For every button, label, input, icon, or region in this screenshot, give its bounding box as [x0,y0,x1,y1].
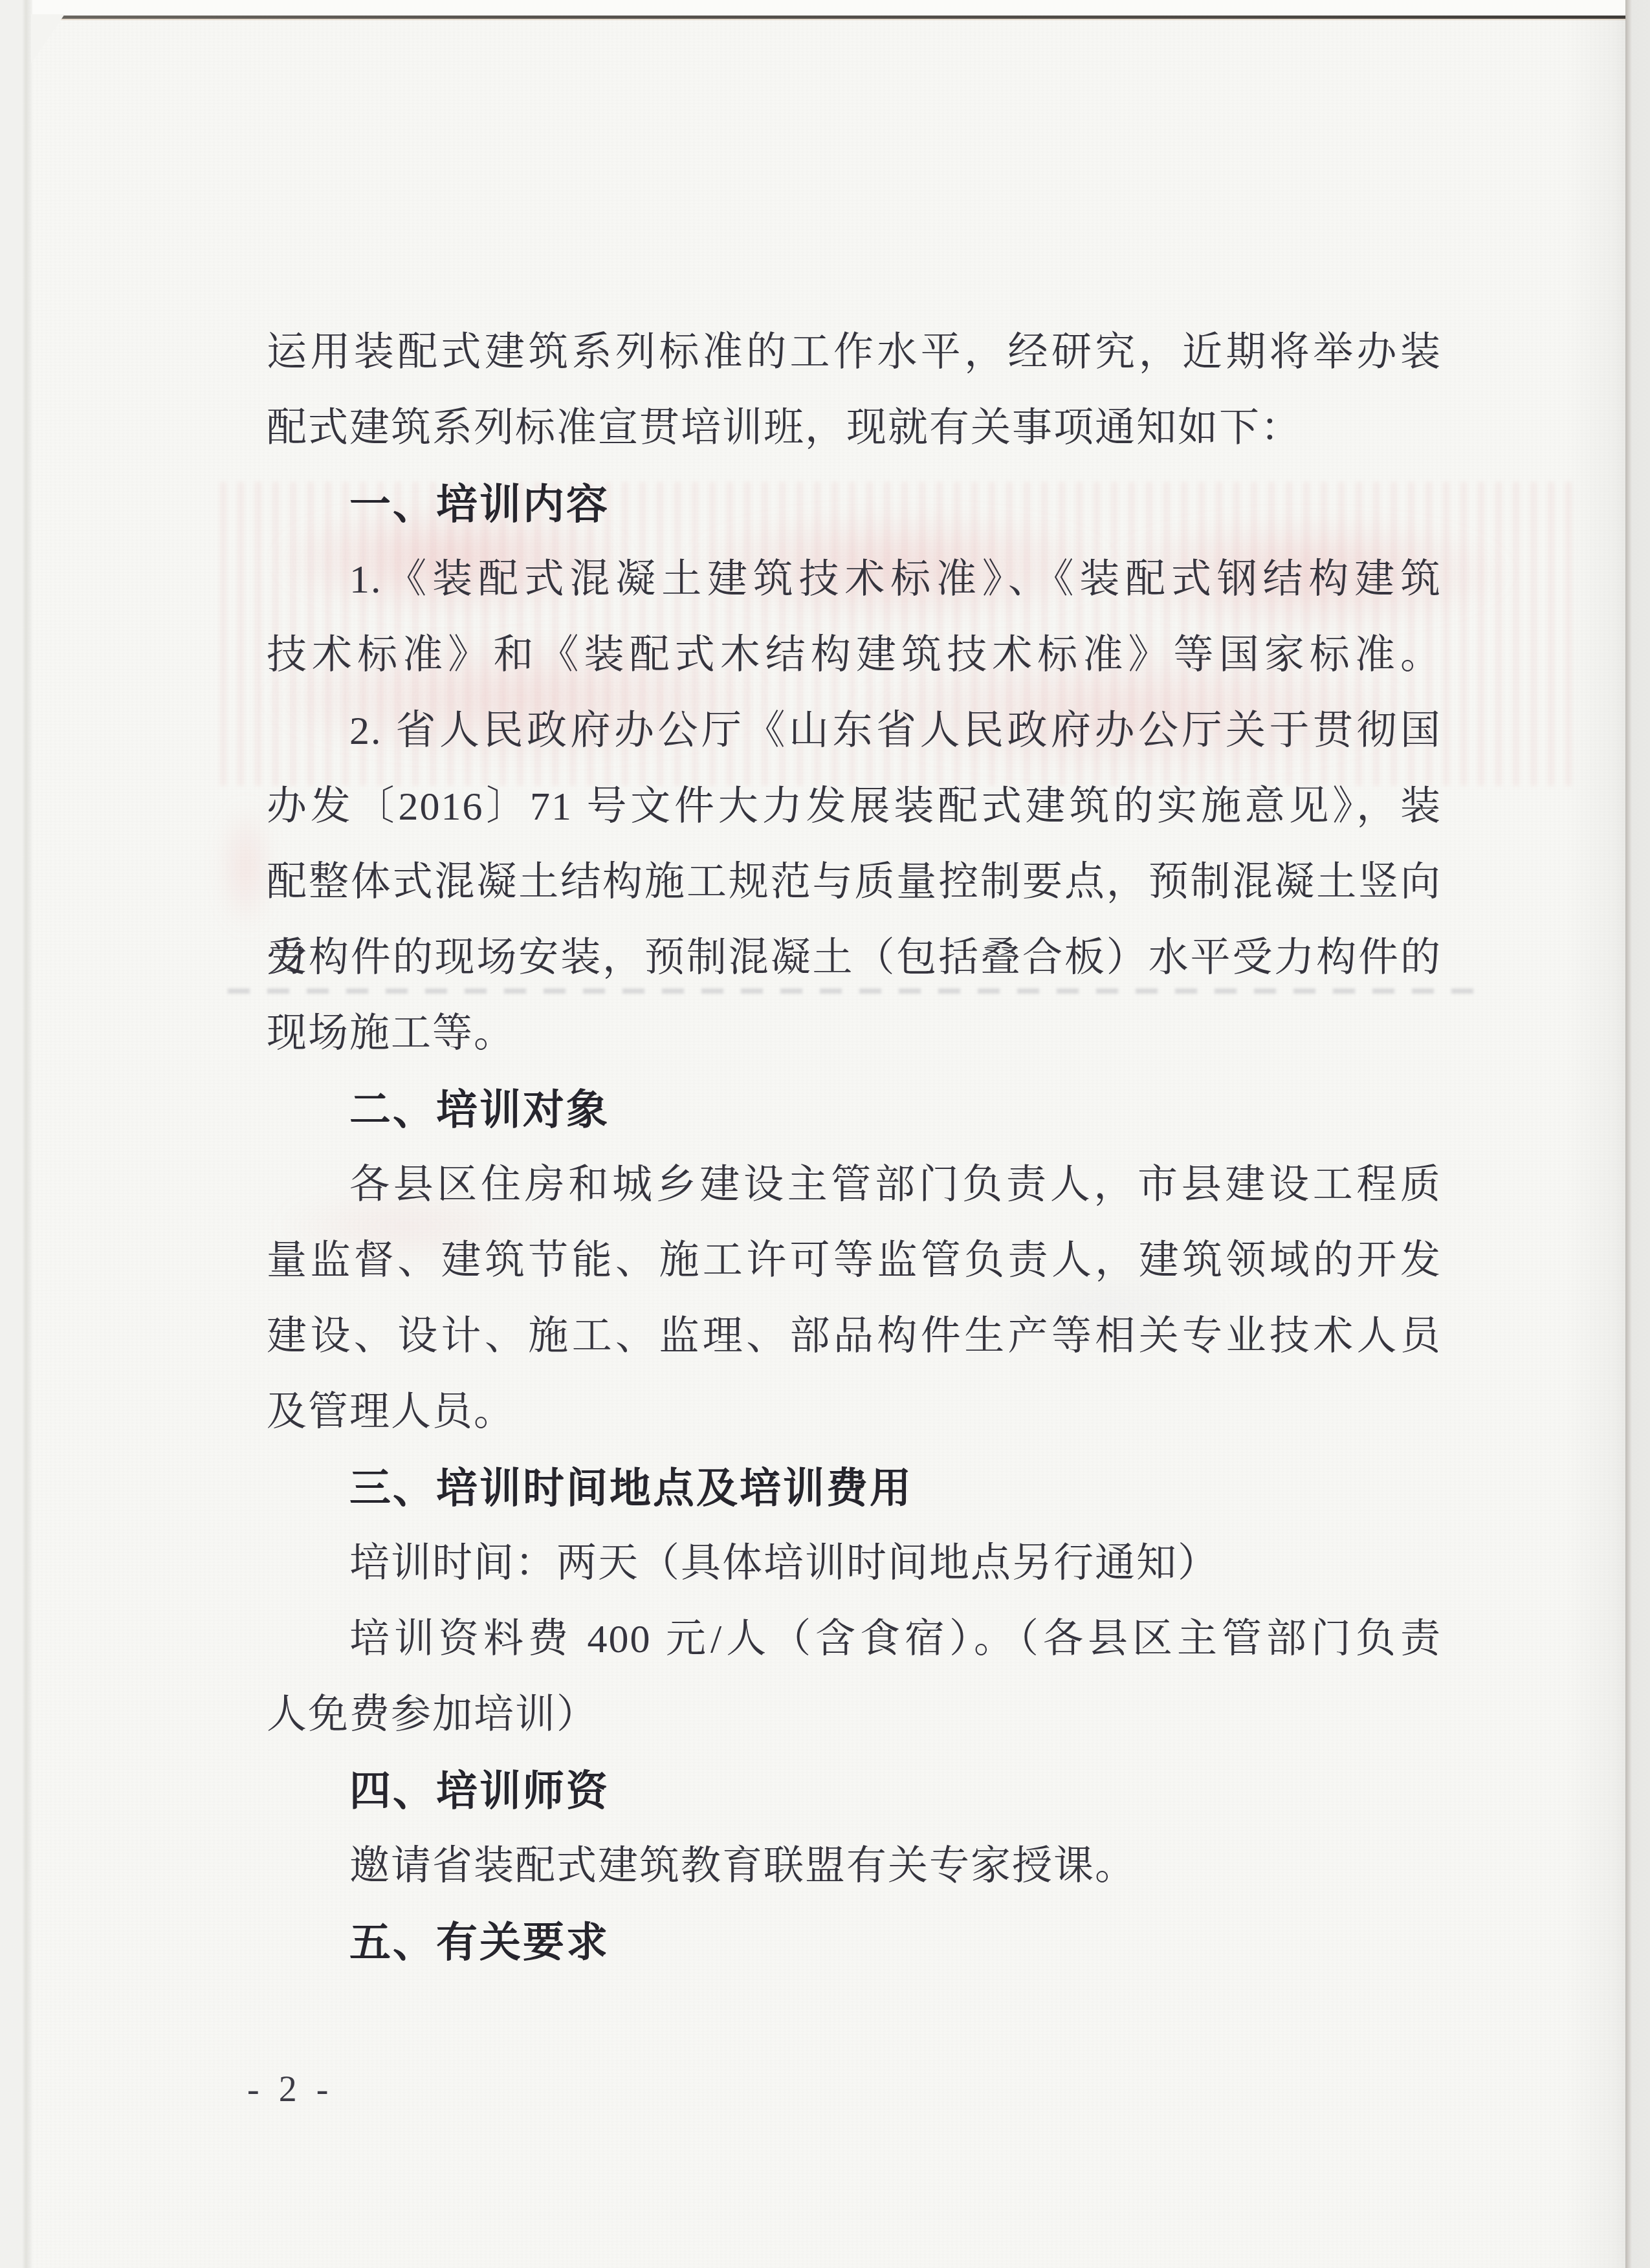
section-heading: 四、培训师资 [267,1753,1442,1829]
body-text-line: 量监督、建筑节能、施工许可等监管负责人，建筑领域的开发 [267,1223,1442,1299]
page-right-shading [1566,19,1625,2268]
scanner-background-left [0,0,32,2268]
scanner-background-top [0,0,1650,16]
body-text-line: 人免费参加培训） [267,1677,1442,1753]
body-text-line: 各县区住房和城乡建设主管部门负责人，市县建设工程质 [267,1148,1442,1223]
section-heading: 五、有关要求 [267,1904,1442,1980]
section-heading: 二、培训对象 [267,1072,1442,1148]
section-heading: 三、培训时间地点及培训费用 [267,1450,1442,1526]
body-text-line: 建设、设计、施工、监理、部品构件生产等相关专业技术人员 [267,1299,1442,1375]
body-text-line: 现场施工等。 [267,996,1442,1072]
body-text-line: 培训时间：两天（具体培训时间地点另行通知） [267,1526,1442,1602]
body-text-line: 配式建筑系列标准宣贯培训班，现就有关事项通知如下： [267,391,1442,466]
body-text-line: 1.《装配式混凝土建筑技术标准》、《装配式钢结构建筑 [267,542,1442,618]
page-top-edge-line [32,16,1625,19]
body-text-line: 力构件的现场安装，预制混凝土（包括叠合板）水平受力构件的 [267,921,1442,996]
scanned-document-page: { "document": { "lines": [ {"text": "运用装… [0,0,1650,2268]
body-text-line: 培训资料费 400 元/人（含食宿）。（各县区主管部门负责 [267,1602,1442,1677]
body-text-line: 及管理人员。 [267,1375,1442,1450]
bleed-through-artifact [223,802,269,932]
body-text-line: 办发〔2016〕71 号文件大力发展装配式建筑的实施意见》，装 [267,769,1442,845]
page-right-edge [1625,0,1650,2268]
body-text-line: 运用装配式建筑系列标准的工作水平，经研究，近期将举办装 [267,315,1442,391]
body-text-line: 配整体式混凝土结构施工规范与质量控制要点，预制混凝土竖向受 [267,845,1442,921]
page-corner-top-left [31,14,65,63]
document-body: 运用装配式建筑系列标准的工作水平，经研究，近期将举办装配式建筑系列标准宣贯培训班… [267,315,1442,1980]
body-text-line: 2. 省人民政府办公厅《山东省人民政府办公厅关于贯彻国 [267,693,1442,769]
section-heading: 一、培训内容 [267,466,1442,542]
body-text-line: 技术标准》和《装配式木结构建筑技术标准》等国家标准。 [267,618,1442,693]
body-text-line: 邀请省装配式建筑教育联盟有关专家授课。 [267,1829,1442,1904]
page-number: - 2 - [247,2069,333,2110]
